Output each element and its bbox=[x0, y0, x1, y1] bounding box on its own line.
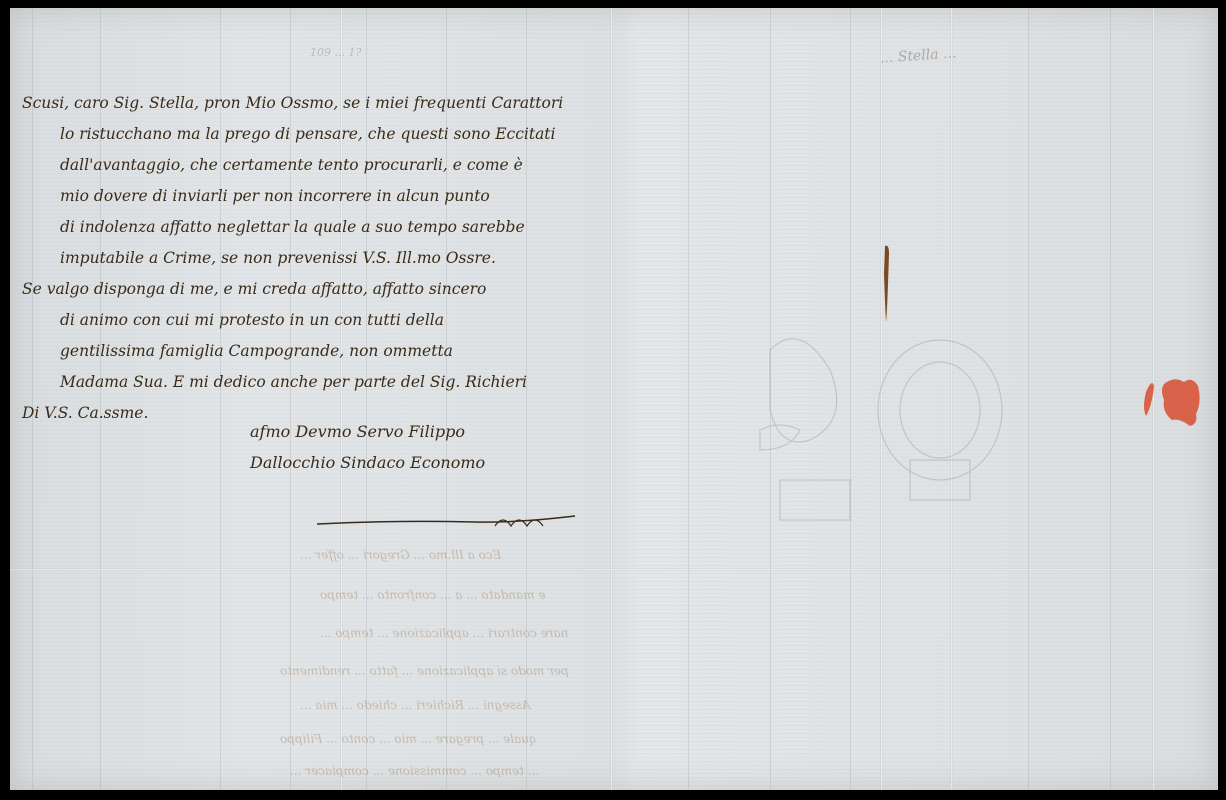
letter-line: di indolenza affatto neglettar la quale … bbox=[22, 212, 612, 243]
watermark-crest-icon bbox=[740, 310, 1040, 530]
letter-line: imputabile a Crime, se non prevenissi V.… bbox=[22, 243, 612, 274]
letter-line: Se valgo disponga di me, e mi creda affa… bbox=[22, 274, 612, 305]
chain-line bbox=[688, 8, 689, 790]
bleed-through-line: ... tempo ... commissione ... compiacer … bbox=[290, 756, 539, 787]
signature-flourish-icon bbox=[315, 512, 580, 532]
letter-line: di animo con cui mi protesto in un con t… bbox=[22, 305, 612, 336]
bleed-through-line: nare contrari ... applicazione ... tempo… bbox=[320, 618, 568, 649]
letter-line: gentilissima famiglia Campogrande, non o… bbox=[22, 336, 612, 367]
horizontal-fold bbox=[10, 568, 1218, 571]
bleed-through-line: Assegni ... Richieri ... chiedo ... mia … bbox=[300, 690, 530, 721]
letter-body: Scusi, caro Sig. Stella, pron Mio Ossmo,… bbox=[22, 88, 612, 429]
wax-seal-mark bbox=[1140, 372, 1206, 428]
signature-name: Dallocchio Sindaco Economo bbox=[250, 447, 485, 478]
chain-line bbox=[1110, 8, 1111, 790]
bleed-through-line: per modo si applicazione ... fatto ... r… bbox=[280, 656, 569, 687]
signature-closing: afmo Devmo Servo Filippo bbox=[250, 416, 485, 447]
letter-line: Scusi, caro Sig. Stella, pron Mio Ossmo,… bbox=[22, 88, 612, 119]
bleed-through-line: e mandato ... a ... confronto ... tempo bbox=[320, 580, 546, 611]
letter-line: dall'avantaggio, che certamente tento pr… bbox=[22, 150, 612, 181]
signature-block: afmo Devmo Servo Filippo Dallocchio Sind… bbox=[250, 416, 485, 478]
bleed-through-line: Eco a Ill.mo ... Gregori ... offer ... bbox=[300, 540, 501, 571]
letter-line: Madama Sua. E mi dedico anche per parte … bbox=[22, 367, 612, 398]
ink-stain-mark bbox=[880, 244, 894, 324]
letter-line: mio dovere di inviarli per non incorrere… bbox=[22, 181, 612, 212]
bleed-through-line: quale ... pregare ... mio ... conto ... … bbox=[280, 724, 537, 755]
letter-line: lo ristucchano ma la prego di pensare, c… bbox=[22, 119, 612, 150]
faded-header-note: 109 ... 1? bbox=[310, 46, 361, 59]
